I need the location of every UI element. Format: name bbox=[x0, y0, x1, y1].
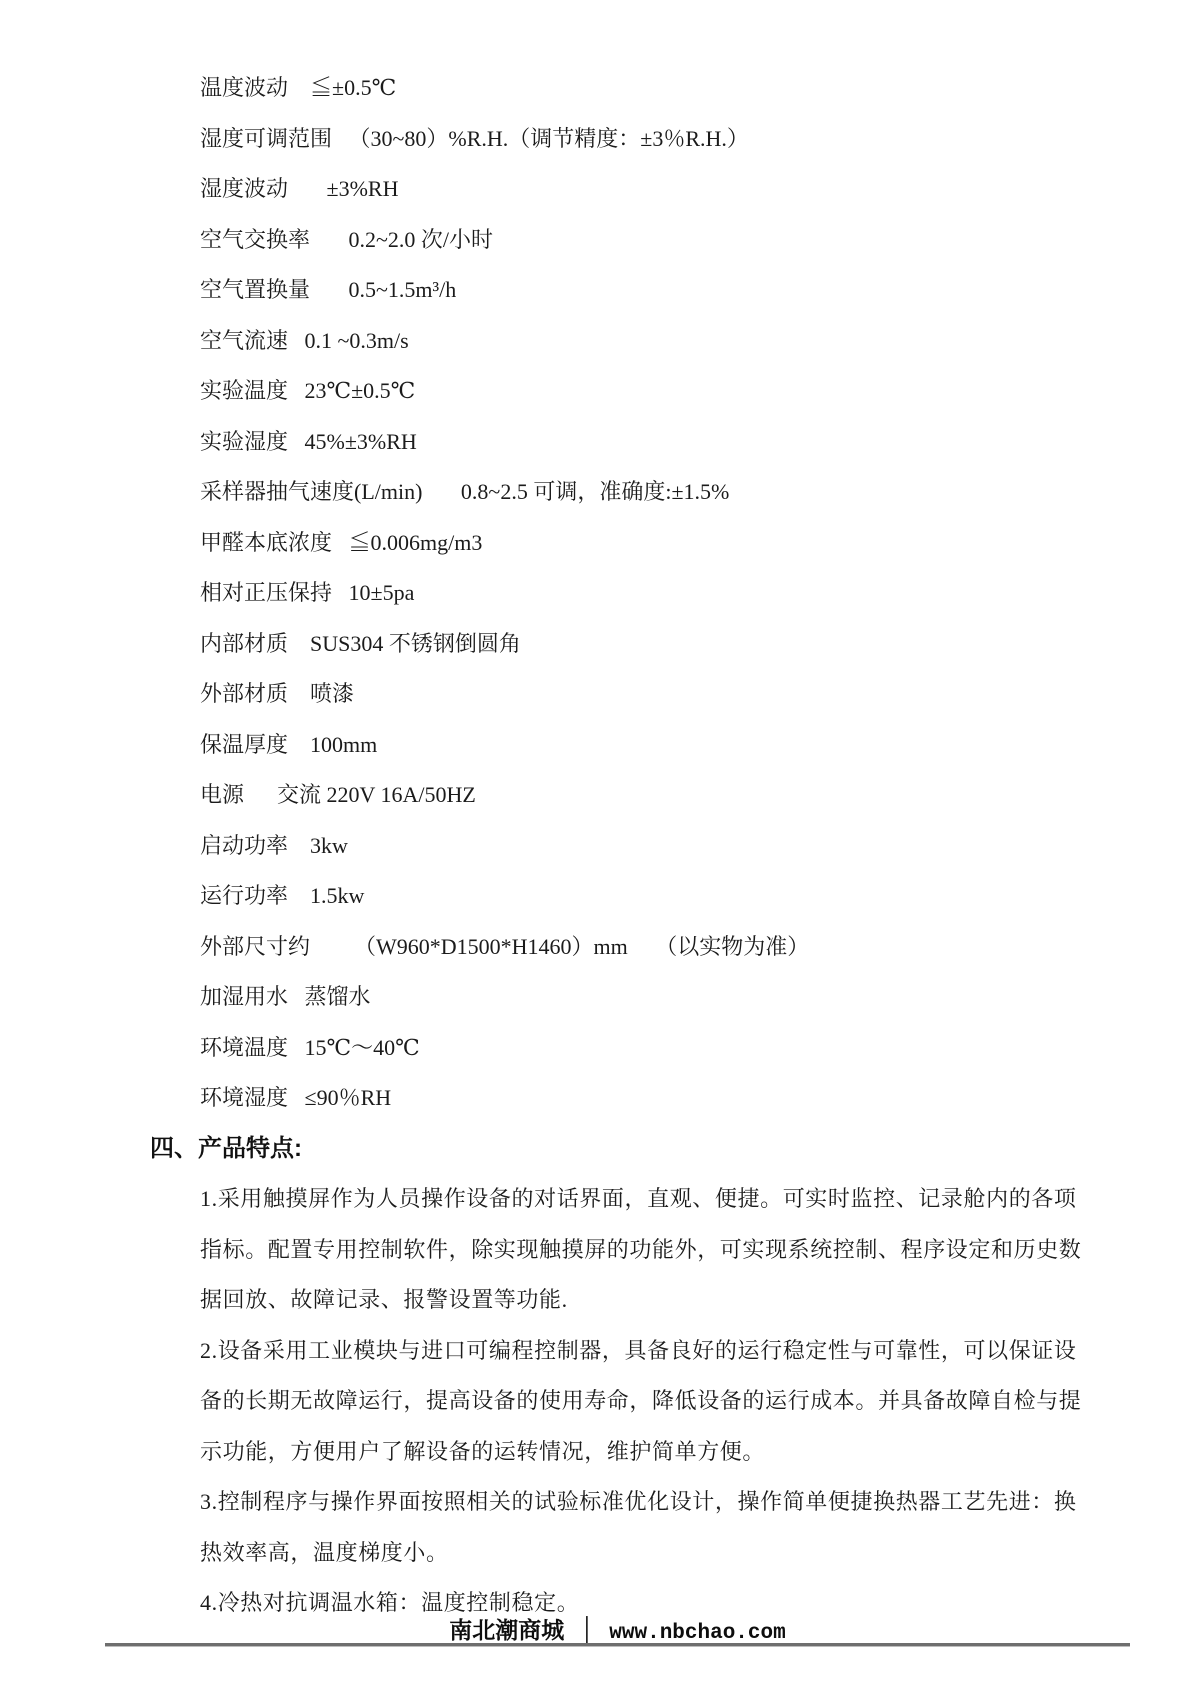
document-body: 温度波动 ≦±0.5℃ 湿度可调范围 （30~80）%R.H.（调节精度：±3％… bbox=[0, 63, 1200, 1629]
spec-line: 外部材质 喷漆 bbox=[0, 669, 1200, 720]
feature-line: 指标。配置专用控制软件，除实现触摸屏的功能外，可实现系统控制、程序设定和历史数 bbox=[0, 1225, 1200, 1276]
feature-line: 热效率高，温度梯度小。 bbox=[0, 1528, 1200, 1579]
footer-brand: 南北潮商城 bbox=[449, 1617, 564, 1643]
spec-line: 外部尺寸约 （W960*D1500*H1460）mm （以实物为准） bbox=[0, 922, 1200, 973]
section-title: 四、产品特点: bbox=[0, 1124, 1200, 1175]
spec-line: 环境湿度 ≤90％RH bbox=[0, 1073, 1200, 1124]
footer-separator: │ bbox=[564, 1618, 609, 1644]
feature-line: 据回放、故障记录、报警设置等功能. bbox=[0, 1275, 1200, 1326]
spec-line: 空气置换量 0.5~1.5m³/h bbox=[0, 265, 1200, 316]
feature-line: 3.控制程序与操作界面按照相关的试验标准优化设计，操作简单便捷换热器工艺先进：换 bbox=[0, 1477, 1200, 1528]
spec-line: 甲醛本底浓度 ≦0.006mg/m3 bbox=[0, 518, 1200, 569]
spec-line: 实验温度 23℃±0.5℃ bbox=[0, 366, 1200, 417]
footer-url: www.nbchao.com bbox=[609, 1622, 785, 1645]
feature-line: 示功能，方便用户了解设备的运转情况，维护简单方便。 bbox=[0, 1427, 1200, 1478]
spec-line: 电源 交流 220V 16A/50HZ bbox=[0, 770, 1200, 821]
spec-line: 加湿用水 蒸馏水 bbox=[0, 972, 1200, 1023]
spec-line: 启动功率 3kw bbox=[0, 821, 1200, 872]
page-footer: 南北潮商城│www.nbchao.com bbox=[105, 1612, 1130, 1645]
spec-line: 空气交换率 0.2~2.0 次/小时 bbox=[0, 215, 1200, 266]
spec-line: 环境温度 15℃～40℃ bbox=[0, 1023, 1200, 1074]
spec-line: 实验湿度 45%±3%RH bbox=[0, 417, 1200, 468]
spec-line: 温度波动 ≦±0.5℃ bbox=[0, 63, 1200, 114]
spec-line: 湿度波动 ±3%RH bbox=[0, 164, 1200, 215]
spec-line: 空气流速 0.1 ~0.3m/s bbox=[0, 316, 1200, 367]
spec-line: 保温厚度 100mm bbox=[0, 720, 1200, 771]
feature-line: 备的长期无故障运行，提高设备的使用寿命，降低设备的运行成本。并具备故障自检与提 bbox=[0, 1376, 1200, 1427]
spec-line: 运行功率 1.5kw bbox=[0, 871, 1200, 922]
feature-line: 1.采用触摸屏作为人员操作设备的对话界面，直观、便捷。可实时监控、记录舱内的各项 bbox=[0, 1174, 1200, 1225]
feature-line: 2.设备采用工业模块与进口可编程控制器，具备良好的运行稳定性与可靠性，可以保证设 bbox=[0, 1326, 1200, 1377]
spec-line: 内部材质 SUS304 不锈钢倒圆角 bbox=[0, 619, 1200, 670]
spec-line: 相对正压保持 10±5pa bbox=[0, 568, 1200, 619]
spec-line: 采样器抽气速度(L/min) 0.8~2.5 可调，准确度:±1.5% bbox=[0, 467, 1200, 518]
footer-rule bbox=[105, 1643, 1130, 1647]
spec-line: 湿度可调范围 （30~80）%R.H.（调节精度：±3％R.H.） bbox=[0, 114, 1200, 165]
